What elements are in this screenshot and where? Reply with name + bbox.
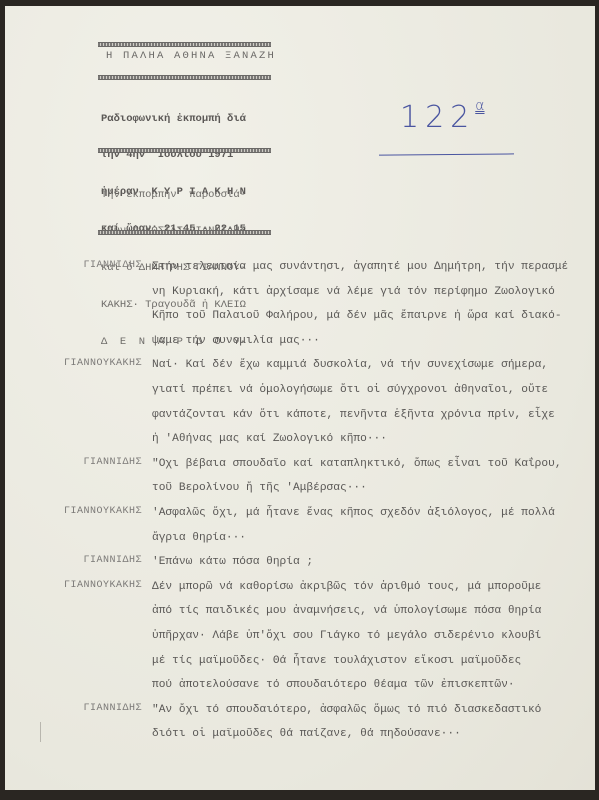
speech-line: 'Επάνω κάτω πόσα θηρία ; bbox=[152, 555, 599, 580]
dialogue-turn: ΓΙΑΝΝΙΔΗΣ "Αν ὄχι τό σπουδαιότερο, ἀσφαλ… bbox=[0, 703, 599, 752]
speech-line: μέ τίς μαϊμοῦδες· Θά ἦτανε τουλάχιστον ε… bbox=[152, 654, 599, 679]
speech-line: ἡ 'Αθήνας μας καί Ζωολογικό κῆπο··· bbox=[152, 432, 599, 457]
speaker-name: ΓΙΑΝΝΙΔΗΣ bbox=[83, 555, 142, 566]
dialogue-turn: ΓΙΑΝΝΟΥΚΑΚΗΣ 'Ασφαλῶς ὄχι, μά ἦτανε ἕνας… bbox=[0, 506, 599, 555]
speech-line: "Αν ὄχι τό σπουδαιότερο, ἀσφαλῶς ὅμως τό… bbox=[152, 703, 599, 728]
speech-line: γιατί πρέπει νά ὁμολογήσωμε ὅτι οἱ σύγχρ… bbox=[152, 383, 599, 408]
speech-line: Κῆπο τοῦ Παλαιοῦ Φαλήρου, μά δέν μᾶς ἔπα… bbox=[152, 309, 599, 334]
speech-line: φαντάζονται κάν ὅτι κάποτε, πενῆντα ἑξῆν… bbox=[152, 408, 599, 433]
speech-line: Δέν μπορῶ νά καθορίσω ἀκριβῶς τόν ἀριθμό… bbox=[152, 580, 599, 605]
program-title: Η ΠΑΛΗΑ ΑΘΗΝΑ ΞΑΝΑΖΗ bbox=[106, 50, 276, 62]
paper-blemish bbox=[40, 722, 45, 742]
page-number-digits: 122 bbox=[400, 100, 475, 135]
speaker-name: ΓΙΑΝΝΟΥΚΑΚΗΣ bbox=[64, 580, 142, 591]
presenters-info-line: Τήν ἐκπομπήν παρουσιά- bbox=[101, 189, 246, 201]
header-rule-bottom bbox=[98, 230, 271, 235]
speech-line: Στήν τελευταία μας συνάντησι, ἀγαπητέ μο… bbox=[152, 260, 599, 285]
speech-line: ἀπό τίς παιδικές μου ἀναμνήσεις, νά ὑπολ… bbox=[152, 604, 599, 629]
speech-line: ἄγρια θηρία··· bbox=[152, 531, 599, 556]
speech-line: διότι οἱ μαϊμοῦδες θά παίζανε, θά πηδούσ… bbox=[152, 727, 599, 752]
speech-line: νη Κυριακή, κάτι ἀρχίσαμε νά λέμε γιά τό… bbox=[152, 285, 599, 310]
speaker-name: ΓΙΑΝΝΙΔΗΣ bbox=[83, 260, 142, 271]
dialogue-turn: ΓΙΑΝΝΙΔΗΣ Στήν τελευταία μας συνάντησι, … bbox=[0, 260, 599, 358]
speech-line: 'Ασφαλῶς ὄχι, μά ἦτανε ἕνας κῆπος σχεδόν… bbox=[152, 506, 599, 531]
dialogue-turn: ΓΙΑΝΝΟΥΚΑΚΗΣ Δέν μπορῶ νά καθορίσω ἀκριβ… bbox=[0, 580, 599, 703]
speech-line: ὑπῆρχαν· Λάβε ὑπ'ὄχι σου Γιάγκο τό μεγάλ… bbox=[152, 629, 599, 654]
header-rule-lower bbox=[98, 148, 271, 153]
speaker-name: ΓΙΑΝΝΙΔΗΣ bbox=[83, 703, 142, 714]
header-rule-middle bbox=[98, 75, 271, 80]
dialogue-turn: ΓΙΑΝΝΙΔΗΣ "Οχι βέβαια σπουδαῖο καί καταπ… bbox=[0, 457, 599, 506]
speech-line: Ναί· Καί δέν ἔχω καμμιά δυσκολία, νά τήν… bbox=[152, 358, 599, 383]
speaker-name: ΓΙΑΝΝΟΥΚΑΚΗΣ bbox=[64, 506, 142, 517]
dialogue-turn: ΓΙΑΝΝΙΔΗΣ 'Επάνω κάτω πόσα θηρία ; bbox=[0, 555, 599, 580]
dialogue-script: ΓΙΑΝΝΙΔΗΣ Στήν τελευταία μας συνάντησι, … bbox=[0, 260, 599, 752]
page-number-superscript: α bbox=[475, 98, 484, 114]
header-rule-top bbox=[98, 42, 271, 47]
speech-line: ψαμε τήν συνομιλία μας··· bbox=[152, 334, 599, 359]
speech-line: τοῦ Βερολίνου ἤ τῆς 'Αμβέρσας··· bbox=[152, 481, 599, 506]
broadcast-info-line: Ραδιοφωνική ἐκπομπή διά bbox=[101, 113, 246, 125]
handwritten-page-number: 122α bbox=[400, 100, 485, 135]
speech-line: "Οχι βέβαια σπουδαῖο καί καταπληκτικό, ὅ… bbox=[152, 457, 599, 482]
speaker-name: ΓΙΑΝΝΟΥΚΑΚΗΣ bbox=[64, 358, 142, 369]
dialogue-turn: ΓΙΑΝΝΟΥΚΑΚΗΣ Ναί· Καί δέν ἔχω καμμιά δυσ… bbox=[0, 358, 599, 456]
speech-line: πού ἀποτελούσανε τό σπουδαιότερο θέαμα τ… bbox=[152, 678, 599, 703]
speaker-name: ΓΙΑΝΝΙΔΗΣ bbox=[83, 457, 142, 468]
